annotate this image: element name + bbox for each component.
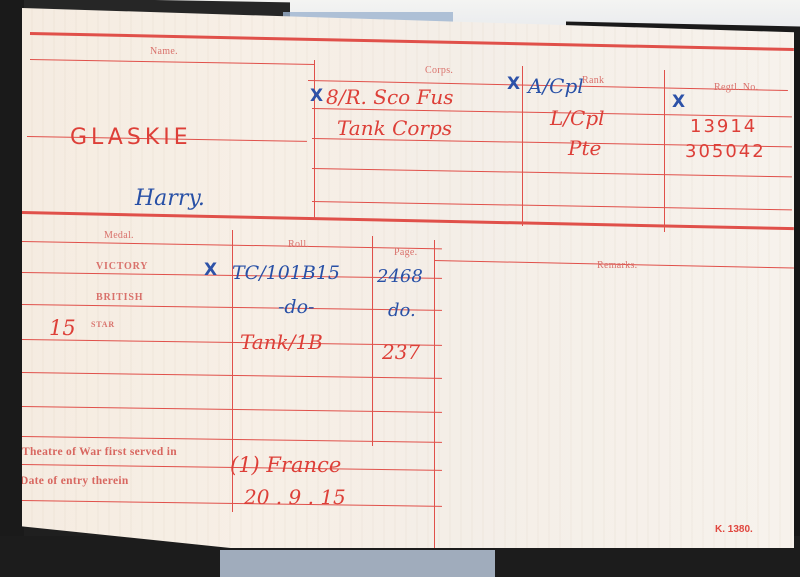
rule-name-header bbox=[30, 59, 315, 65]
date-entry-label: Date of entry therein bbox=[20, 475, 129, 487]
rule-section-divider bbox=[22, 211, 794, 230]
star-roll-value: Tank/1B bbox=[240, 330, 323, 354]
rank-value-2: L/Cpl bbox=[550, 106, 605, 130]
victory-x-mark: X bbox=[204, 260, 217, 280]
theatre-label: Theatre of War first served in bbox=[22, 446, 177, 458]
name-label: Name. bbox=[150, 46, 178, 57]
theatre-value: (1) France bbox=[230, 453, 341, 477]
rank-label: Rank bbox=[582, 75, 604, 86]
regtl-no-label: Regtl. No. bbox=[714, 82, 758, 93]
star-prefix-value: 15 bbox=[49, 316, 76, 340]
medal-british-label: BRITISH bbox=[96, 292, 143, 303]
page-label: Page. bbox=[394, 247, 417, 258]
rule-row-3 bbox=[312, 168, 792, 178]
victory-page-value: 2468 bbox=[377, 266, 423, 287]
regtl-no-value-2: 305042 bbox=[685, 141, 766, 162]
regtl-no-value-1: 13914 bbox=[690, 116, 757, 137]
corps-value-1: 8/R. Sco Fus bbox=[326, 85, 454, 109]
rule-v-name-corps bbox=[314, 60, 315, 218]
scan-background-left bbox=[0, 0, 24, 577]
star-page-value: 237 bbox=[382, 340, 420, 364]
corps-label: Corps. bbox=[425, 65, 453, 76]
british-page-value: do. bbox=[388, 300, 416, 321]
rank-value-1: A/Cpl bbox=[528, 74, 584, 98]
rule-row-4 bbox=[312, 201, 792, 211]
medal-star-label: STAR bbox=[91, 320, 115, 329]
roll-label: Roll. bbox=[288, 239, 309, 250]
rule-top bbox=[30, 32, 794, 51]
scan-tape-bottom bbox=[220, 550, 495, 577]
surname-value: GLASKIE bbox=[70, 125, 192, 150]
rule-v-page-remarks bbox=[434, 240, 435, 550]
rule-v-roll-page bbox=[372, 236, 373, 446]
rank-value-3: Ptе bbox=[568, 136, 601, 160]
form-number: K. 1380. bbox=[715, 524, 753, 535]
victory-roll-value: TC/101B15 bbox=[232, 262, 340, 284]
rank-x-mark: X bbox=[507, 74, 520, 94]
medal-index-card: Name. Corps. Rank Regtl. No. Medal. Roll… bbox=[22, 8, 794, 548]
medal-label: Medal. bbox=[104, 230, 134, 241]
corps-x-mark: X bbox=[310, 86, 323, 106]
date-entry-value: 20 . 9 . 15 bbox=[244, 485, 346, 509]
rule-v-rank-regtl bbox=[664, 70, 665, 232]
remarks-label: Remarks. bbox=[597, 260, 637, 271]
british-roll-value: -do- bbox=[278, 296, 314, 318]
regtl-x-mark: X bbox=[672, 92, 685, 112]
rule-v-corps-rank bbox=[522, 66, 523, 226]
forename-value: Harry. bbox=[135, 186, 205, 211]
corps-value-2: Tank Corps bbox=[337, 116, 452, 140]
medal-victory-label: VICTORY bbox=[96, 261, 148, 272]
